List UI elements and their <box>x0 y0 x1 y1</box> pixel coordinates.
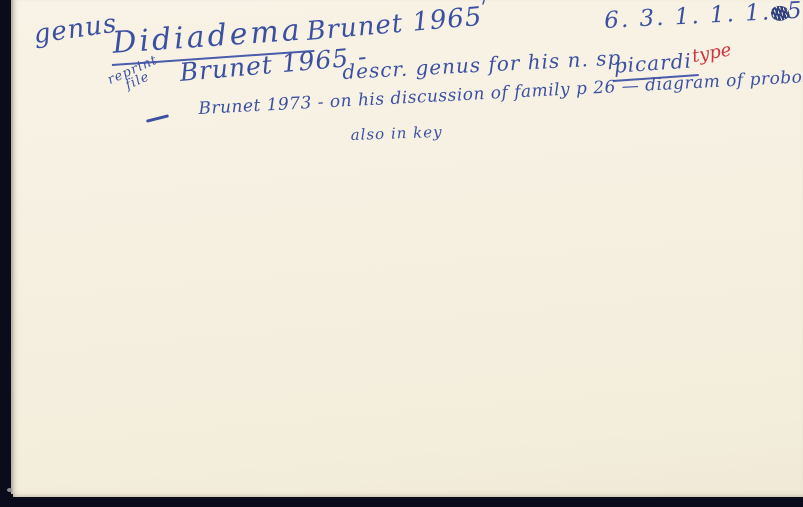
genus-authority-text: Brunet 1965 <box>305 2 483 47</box>
margin-dash-mark <box>146 114 169 122</box>
genus-label: genus <box>32 9 119 50</box>
scan-speck <box>7 488 12 492</box>
scanner-background: genus Didiadema Brunet 1965ʹ 6. 3. 1. 1.… <box>0 0 803 507</box>
genus-authority: Brunet 1965ʹ <box>305 0 488 47</box>
entry1-red-type-annotation: type <box>690 39 733 67</box>
entry2-subnote: also in key <box>350 123 442 144</box>
catalog-number: 6. 3. 1. 1. 1.5 <box>604 0 803 34</box>
index-card: genus Didiadema Brunet 1965ʹ 6. 3. 1. 1.… <box>13 0 803 497</box>
authority-tick-mark: ʹ <box>481 0 488 20</box>
catalog-number-prefix: 6. 3. 1. 1. 1. <box>604 0 772 34</box>
